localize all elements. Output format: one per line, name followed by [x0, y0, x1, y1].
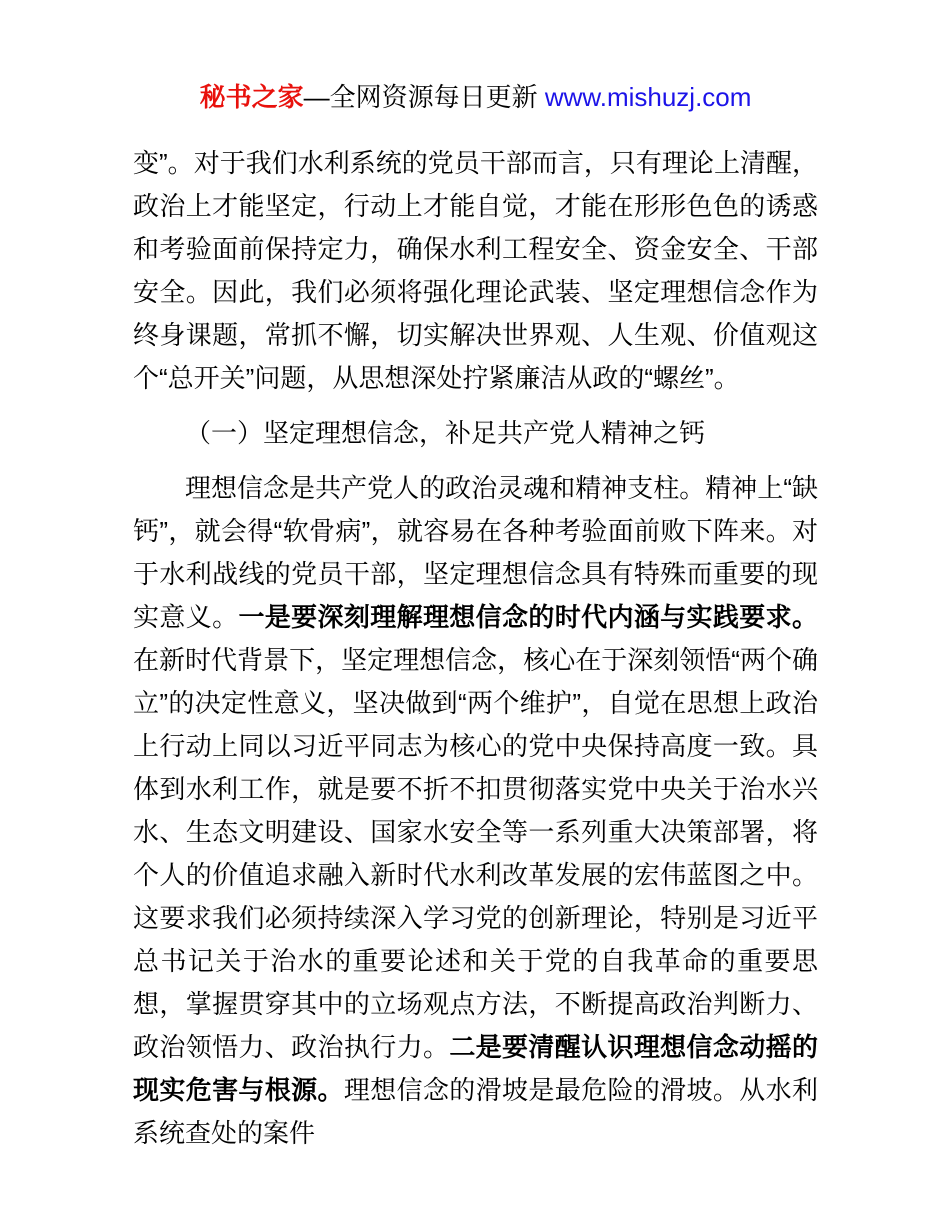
document-page: 秘书之家—全网资源每日更新 www.mishuzj.com 变”。对于我们水利系…	[0, 0, 950, 1230]
text-run: 在新时代背景下，坚定理想信念，核心在于深刻领悟“两个确立”的决定性意义，坚决做到…	[133, 645, 818, 1062]
document-body: 变”。对于我们水利系统的党员干部而言，只有理论上清醒，政治上才能坚定，行动上才能…	[133, 142, 818, 1155]
site-tagline: —全网资源每日更新	[304, 82, 538, 112]
paragraph-body: 理想信念是共产党人的政治灵魂和精神支柱。精神上“缺钙”，就会得“软骨病”，就容易…	[133, 467, 818, 1155]
site-name: 秘书之家	[200, 82, 304, 112]
site-header: 秘书之家—全网资源每日更新 www.mishuzj.com	[133, 82, 818, 113]
site-url-link[interactable]: www.mishuzj.com	[545, 82, 752, 112]
text-run-bold: 一是要深刻理解理想信念的时代内涵与实践要求。	[238, 602, 818, 632]
paragraph-continuation: 变”。对于我们水利系统的党员干部而言，只有理论上清醒，政治上才能坚定，行动上才能…	[133, 142, 818, 400]
section-heading: （一）坚定理想信念，补足共产党人精神之钙	[133, 412, 818, 455]
